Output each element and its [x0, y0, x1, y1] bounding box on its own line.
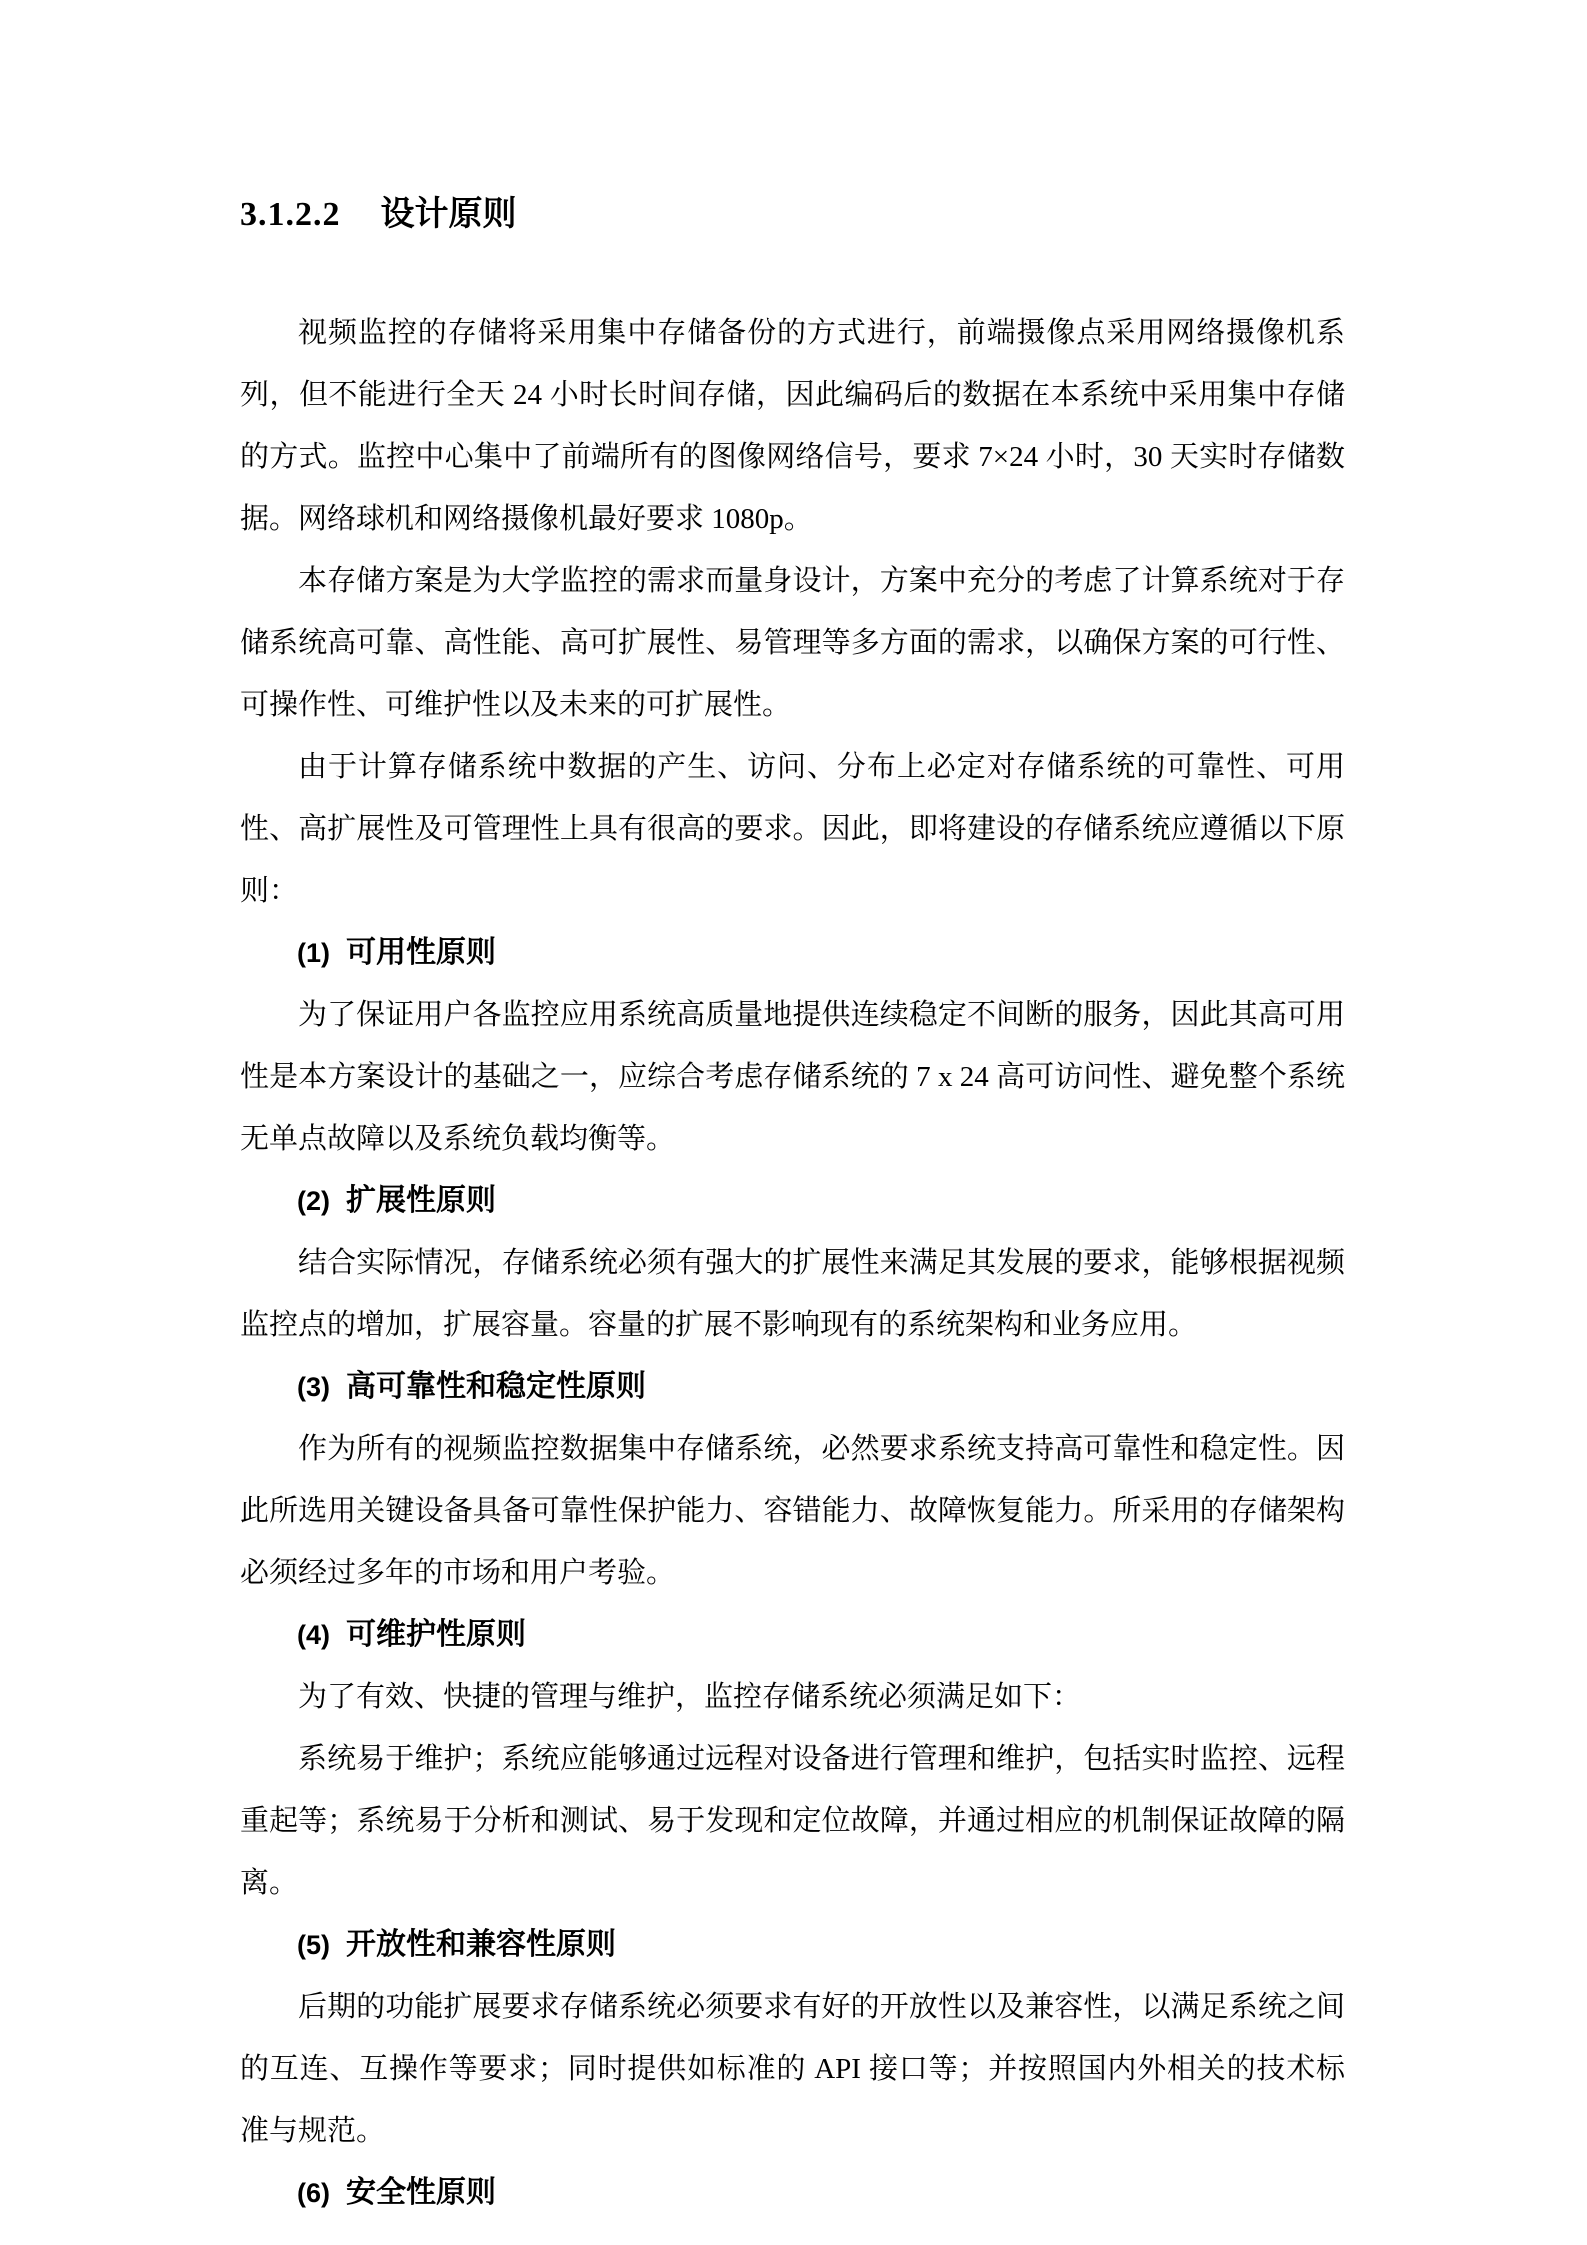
principle-3-number: (3): [297, 1372, 330, 1402]
document-page: 3.1.2.2设计原则 视频监控的存储将采用集中存储备份的方式进行，前端摄像点采…: [0, 0, 1587, 2245]
principle-2: (2)扩展性原则 结合实际情况，存储系统必须有强大的扩展性来满足其发展的要求，能…: [240, 1170, 1345, 1356]
principle-6: (6)安全性原则: [240, 2162, 1345, 2224]
principle-4-title: 可维护性原则: [346, 1618, 526, 1651]
principle-5-body: 后期的功能扩展要求存储系统必须要求有好的开放性以及兼容性，以满足系统之间的互连、…: [240, 1976, 1345, 2162]
principle-1-body: 为了保证用户各监控应用系统高质量地提供连续稳定不间断的服务，因此其高可用性是本方…: [240, 984, 1345, 1170]
principle-6-heading: (6)安全性原则: [240, 2162, 1345, 2224]
principle-4-heading: (4)可维护性原则: [240, 1604, 1345, 1666]
principle-3-heading: (3)高可靠性和稳定性原则: [240, 1356, 1345, 1418]
principle-4-number: (4): [297, 1620, 330, 1650]
principle-5-number: (5): [297, 1930, 330, 1960]
paragraph-intro-1: 视频监控的存储将采用集中存储备份的方式进行，前端摄像点采用网络摄像机系列，但不能…: [240, 302, 1345, 550]
principle-4-body-2: 系统易于维护；系统应能够通过远程对设备进行管理和维护，包括实时监控、远程重起等；…: [240, 1728, 1345, 1914]
principle-1: (1)可用性原则 为了保证用户各监控应用系统高质量地提供连续稳定不间断的服务，因…: [240, 922, 1345, 1170]
principle-3: (3)高可靠性和稳定性原则 作为所有的视频监控数据集中存储系统，必然要求系统支持…: [240, 1356, 1345, 1604]
principle-5-heading: (5)开放性和兼容性原则: [240, 1914, 1345, 1976]
section-title: 设计原则: [381, 196, 517, 233]
principle-2-title: 扩展性原则: [346, 1184, 496, 1217]
principle-1-heading: (1)可用性原则: [240, 922, 1345, 984]
paragraph-intro-2: 本存储方案是为大学监控的需求而量身设计，方案中充分的考虑了计算系统对于存储系统高…: [240, 550, 1345, 736]
principle-6-title: 安全性原则: [346, 2176, 496, 2209]
principle-2-number: (2): [297, 1186, 330, 1216]
principle-1-number: (1): [297, 938, 330, 968]
principle-3-title: 高可靠性和稳定性原则: [346, 1370, 646, 1403]
principle-2-body: 结合实际情况，存储系统必须有强大的扩展性来满足其发展的要求，能够根据视频监控点的…: [240, 1232, 1345, 1356]
section-number: 3.1.2.2: [240, 196, 341, 233]
principle-4-body-1: 为了有效、快捷的管理与维护，监控存储系统必须满足如下：: [240, 1666, 1345, 1728]
principle-6-number: (6): [297, 2178, 330, 2208]
principle-5: (5)开放性和兼容性原则 后期的功能扩展要求存储系统必须要求有好的开放性以及兼容…: [240, 1914, 1345, 2162]
principle-2-heading: (2)扩展性原则: [240, 1170, 1345, 1232]
principle-1-title: 可用性原则: [346, 936, 496, 969]
principle-4: (4)可维护性原则 为了有效、快捷的管理与维护，监控存储系统必须满足如下： 系统…: [240, 1604, 1345, 1914]
paragraph-intro-3: 由于计算存储系统中数据的产生、访问、分布上必定对存储系统的可靠性、可用性、高扩展…: [240, 736, 1345, 922]
principle-5-title: 开放性和兼容性原则: [346, 1928, 616, 1961]
section-heading: 3.1.2.2设计原则: [240, 192, 1345, 238]
principle-3-body: 作为所有的视频监控数据集中存储系统，必然要求系统支持高可靠性和稳定性。因此所选用…: [240, 1418, 1345, 1604]
